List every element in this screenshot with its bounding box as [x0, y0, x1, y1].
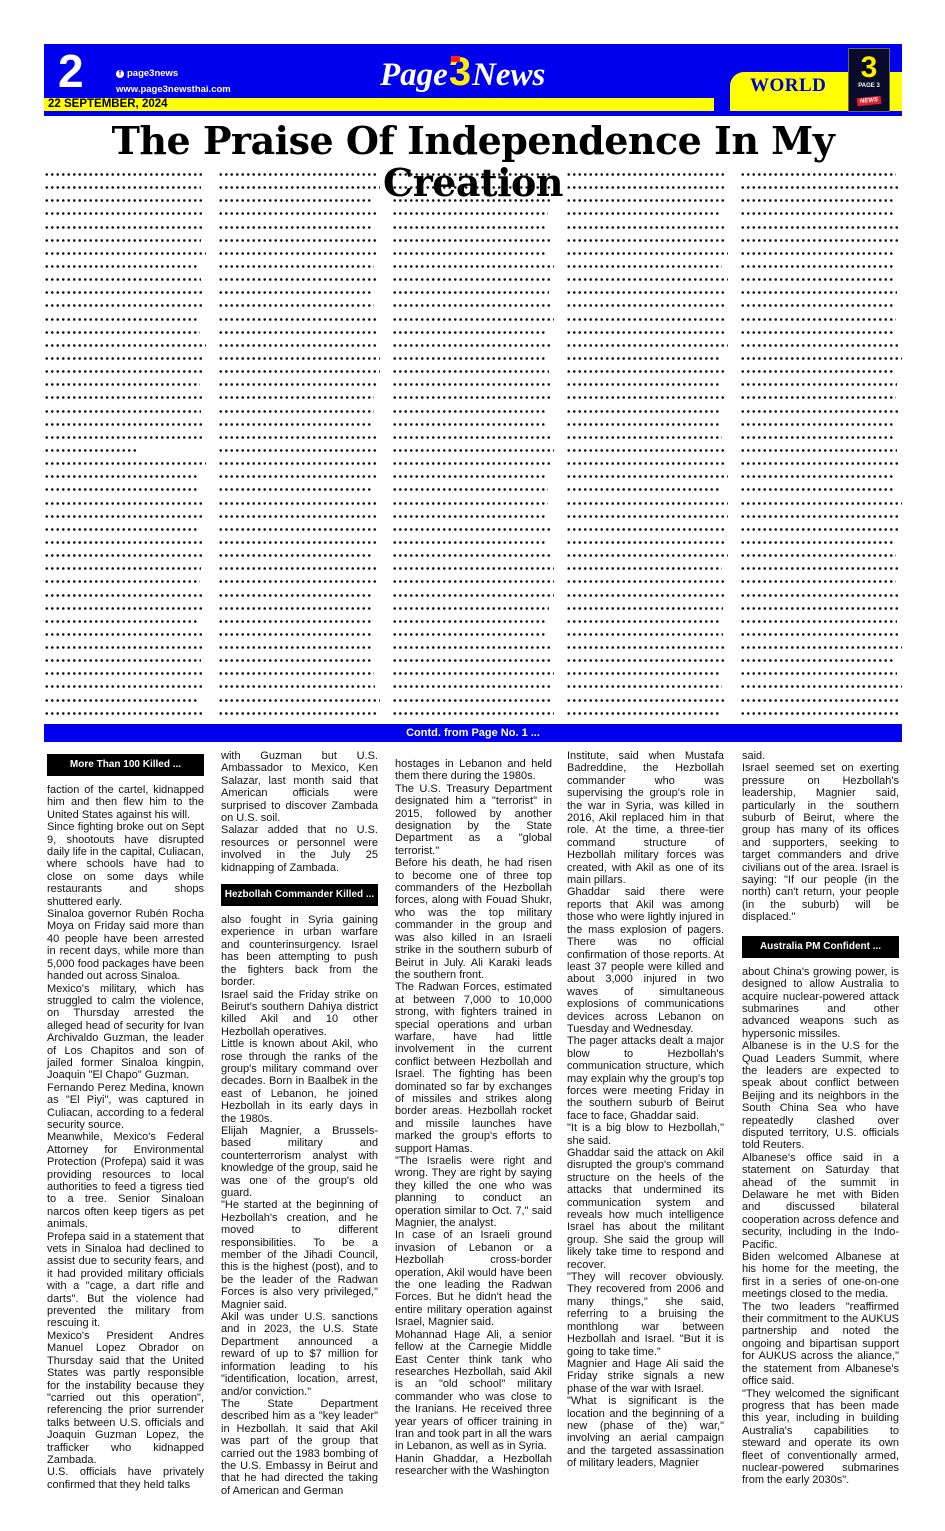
thai-text-line	[740, 483, 902, 496]
continued-articles: More Than 100 Killed ... faction of the …	[45, 750, 902, 1500]
thai-text-line	[44, 260, 206, 273]
paragraph: faction of the cartel, kidnapped him and…	[47, 784, 204, 821]
thai-text-line	[44, 628, 206, 641]
thai-text-line	[218, 444, 380, 457]
thai-text-line	[44, 575, 206, 588]
thai-text-line	[740, 536, 902, 549]
thai-text-line	[44, 378, 206, 391]
thai-text-line	[740, 378, 902, 391]
thai-text-line	[392, 628, 554, 641]
paragraph: Since fighting broke out on Sept 9, shoo…	[47, 821, 204, 908]
thai-text-line	[218, 313, 380, 326]
thai-text-line	[566, 549, 728, 562]
thai-text-line	[218, 628, 380, 641]
thai-text-line	[44, 694, 206, 707]
thai-text-line	[392, 418, 554, 431]
thai-text-line	[44, 313, 206, 326]
thai-text-line	[44, 680, 206, 693]
paragraph: Profepa said in a statement that vets in…	[47, 1231, 204, 1330]
article-column-4: Institute, said when Mustafa Badreddine,…	[567, 750, 724, 1470]
thai-text-line	[392, 510, 554, 523]
paragraph: about China's growing power, is designed…	[742, 966, 899, 1040]
thai-text-line	[392, 457, 554, 470]
paragraph: Albanese's office said in a statement on…	[742, 1152, 899, 1251]
thai-text-line	[218, 654, 380, 667]
thai-text-line	[740, 641, 902, 654]
thai-text-line	[392, 431, 554, 444]
thai-text-line	[566, 615, 728, 628]
thai-text-line	[566, 234, 728, 247]
paragraph: Elijah Magnier, a Brussels-based militar…	[221, 1125, 378, 1199]
thai-text-line	[44, 339, 206, 352]
paragraph: Biden welcomed Albanese at his home for …	[742, 1251, 899, 1301]
thai-text-line	[392, 536, 554, 549]
thai-text-line	[566, 273, 728, 286]
thai-text-line	[740, 181, 902, 194]
paragraph: Sinaloa governor Rubén Rocha Moya on Fri…	[47, 908, 204, 982]
thai-column	[44, 168, 206, 720]
thai-text-line	[218, 562, 380, 575]
thai-text-line	[740, 602, 902, 615]
thai-text-line	[392, 497, 554, 510]
thai-text-line	[218, 483, 380, 496]
thai-text-line	[740, 444, 902, 457]
thai-article-body	[44, 168, 902, 720]
contd-banner: Contd. from Page No. 1 ...	[44, 724, 902, 742]
thai-text-line	[740, 562, 902, 575]
thai-text-line	[740, 418, 902, 431]
facebook-icon: f	[116, 70, 124, 78]
thai-column	[392, 168, 554, 720]
masthead: 2 f page3news www.page3newsthai.com Page…	[44, 44, 902, 115]
thai-text-line	[218, 707, 380, 720]
thai-text-line	[218, 299, 380, 312]
thai-text-line	[566, 168, 728, 181]
paragraph: The two leaders "reaffirmed their commit…	[742, 1301, 899, 1388]
thai-text-line	[392, 615, 554, 628]
thai-text-line	[392, 339, 554, 352]
thai-text-line	[566, 207, 728, 220]
badge-news: NEWS	[857, 96, 882, 106]
paragraph: hostages in Lebanon and held them there …	[395, 758, 552, 783]
page-number: 2	[58, 48, 84, 94]
thai-text-line	[44, 536, 206, 549]
thai-text-line	[44, 181, 206, 194]
thai-text-line	[218, 260, 380, 273]
paragraph: Mexico's military, which has struggled t…	[47, 983, 204, 1082]
thai-text-line	[218, 694, 380, 707]
thai-text-line	[566, 667, 728, 680]
thai-text-line	[392, 365, 554, 378]
paragraph: The State Department described him as a …	[221, 1398, 378, 1497]
paragraph: Ghaddar said there were reports that Aki…	[567, 886, 724, 1035]
thai-text-line	[566, 523, 728, 536]
paragraph: Israel seemed set on exerting pressure o…	[742, 762, 899, 923]
thai-text-line	[740, 168, 902, 181]
thai-text-line	[44, 352, 206, 365]
paragraph: U.S. officials have privately confirmed …	[47, 1466, 204, 1491]
thai-text-line	[566, 418, 728, 431]
thai-text-line	[740, 615, 902, 628]
thai-text-line	[566, 299, 728, 312]
thai-text-line	[392, 483, 554, 496]
article-column-3: hostages in Lebanon and held them there …	[395, 750, 552, 1478]
thai-text-line	[392, 680, 554, 693]
thai-text-line	[392, 273, 554, 286]
thai-text-line	[740, 234, 902, 247]
article-body: also fought in Syria gaining experience …	[221, 914, 378, 1497]
thai-text-line	[566, 589, 728, 602]
logo-left: Page	[380, 59, 448, 92]
thai-column	[218, 168, 380, 720]
thai-text-line	[44, 562, 206, 575]
thai-text-line	[740, 589, 902, 602]
kicker-hezbollah: Hezbollah Commander Killed ...	[221, 884, 378, 906]
thai-text-line	[740, 510, 902, 523]
thai-text-line	[740, 286, 902, 299]
thai-text-line	[566, 247, 728, 260]
thai-text-line	[44, 602, 206, 615]
logo-right: News	[472, 59, 545, 92]
thai-text-line	[566, 378, 728, 391]
thai-text-line	[44, 247, 206, 260]
thai-text-line	[566, 339, 728, 352]
paragraph: said.	[742, 750, 899, 762]
thai-text-line	[740, 339, 902, 352]
thai-text-line	[218, 168, 380, 181]
thai-text-line	[740, 299, 902, 312]
article-column-5: said.Israel seemed set on exerting press…	[742, 750, 899, 1487]
thai-text-line	[566, 221, 728, 234]
thai-text-line	[566, 431, 728, 444]
thai-text-line	[392, 444, 554, 457]
paragraph: Little is known about Akil, who rose thr…	[221, 1038, 378, 1125]
thai-text-line	[392, 562, 554, 575]
thai-text-line	[44, 497, 206, 510]
thai-text-line	[566, 444, 728, 457]
thai-text-line	[218, 470, 380, 483]
thai-text-line	[740, 207, 902, 220]
thai-text-line	[218, 575, 380, 588]
masthead-rule	[44, 112, 902, 116]
thai-text-line	[566, 260, 728, 273]
thai-text-line	[44, 365, 206, 378]
thai-text-line	[218, 523, 380, 536]
thai-column	[566, 168, 728, 720]
paragraph: Ghaddar said the attack on Akil disrupte…	[567, 1147, 724, 1271]
thai-text-line	[218, 378, 380, 391]
paragraph: "They welcomed the significant progress …	[742, 1388, 899, 1487]
thai-text-line	[218, 536, 380, 549]
thai-text-line	[392, 234, 554, 247]
paragraph: with Guzman but U.S. Ambassador to Mexic…	[221, 750, 378, 824]
thai-text-line	[392, 694, 554, 707]
thai-text-line	[44, 483, 206, 496]
thai-text-line	[218, 352, 380, 365]
article-body: with Guzman but U.S. Ambassador to Mexic…	[221, 750, 378, 874]
thai-text-line	[740, 352, 902, 365]
thai-text-line	[392, 641, 554, 654]
paragraph: Israel said the Friday strike on Beirut'…	[221, 989, 378, 1039]
badge-text: PAGE 3	[849, 83, 889, 89]
kicker-australia: Australia PM Confident ...	[742, 936, 899, 958]
thai-text-line	[392, 181, 554, 194]
thai-text-line	[740, 260, 902, 273]
thai-text-line	[740, 247, 902, 260]
thai-text-line	[392, 194, 554, 207]
thai-text-line	[44, 405, 206, 418]
thai-text-line	[44, 589, 206, 602]
paragraph: Mexico's President Andres Manuel Lopez O…	[47, 1330, 204, 1466]
thai-text-line	[740, 273, 902, 286]
thai-text-line	[218, 365, 380, 378]
thai-text-line	[566, 628, 728, 641]
thai-text-line	[740, 313, 902, 326]
paragraph: "They will recover obviously. They recov…	[567, 1271, 724, 1358]
thai-text-line	[44, 444, 206, 457]
thai-text-line	[740, 365, 902, 378]
thai-text-line	[392, 286, 554, 299]
paragraph: Akil was under U.S. sanctions and in 202…	[221, 1311, 378, 1398]
website-link[interactable]: www.page3newsthai.com	[116, 85, 231, 95]
thai-text-line	[566, 707, 728, 720]
thai-text-line	[392, 391, 554, 404]
article-body: faction of the cartel, kidnapped him and…	[47, 784, 204, 1491]
thai-text-line	[44, 457, 206, 470]
paragraph: Fernando Perez Medina, known as "El Piyi…	[47, 1082, 204, 1132]
date-strip: 22 SEPTEMBER, 2024	[44, 98, 714, 111]
paragraph: Institute, said when Mustafa Badreddine,…	[567, 750, 724, 886]
thai-text-line	[392, 667, 554, 680]
thai-text-line	[218, 181, 380, 194]
social-handle[interactable]: f page3news	[116, 69, 178, 79]
page3-badge-icon: 3 PAGE 3 NEWS	[848, 48, 890, 112]
thai-text-line	[218, 234, 380, 247]
section-label: WORLD	[750, 76, 826, 95]
thai-text-line	[218, 339, 380, 352]
thai-text-line	[44, 234, 206, 247]
thai-text-line	[44, 286, 206, 299]
thai-text-line	[218, 273, 380, 286]
thai-text-line	[218, 457, 380, 470]
thai-text-line	[566, 483, 728, 496]
thai-text-line	[218, 286, 380, 299]
thai-text-line	[44, 168, 206, 181]
thai-text-line	[740, 470, 902, 483]
article-column-2: with Guzman but U.S. Ambassador to Mexic…	[221, 750, 378, 1497]
thai-text-line	[44, 194, 206, 207]
thai-text-line	[740, 680, 902, 693]
paragraph: "He started at the beginning of Hezbolla…	[221, 1199, 378, 1311]
paragraph: "The Israelis were right and wrong. They…	[395, 1155, 552, 1229]
thai-text-line	[218, 497, 380, 510]
thai-text-line	[392, 313, 554, 326]
thai-column	[740, 168, 902, 720]
thai-text-line	[392, 523, 554, 536]
thai-text-line	[740, 221, 902, 234]
thai-text-line	[392, 707, 554, 720]
page3news-logo: Page 3 News	[380, 52, 545, 92]
thai-text-line	[566, 391, 728, 404]
paragraph: Albanese is in the U.S for the Quad Lead…	[742, 1040, 899, 1152]
thai-text-line	[44, 654, 206, 667]
thai-text-line	[566, 194, 728, 207]
thai-text-line	[392, 326, 554, 339]
thai-text-line	[566, 365, 728, 378]
thai-text-line	[392, 352, 554, 365]
article-body: hostages in Lebanon and held them there …	[395, 758, 552, 1478]
thai-text-line	[218, 602, 380, 615]
thai-text-line	[44, 207, 206, 220]
thai-text-line	[44, 707, 206, 720]
kicker-mexico: More Than 100 Killed ...	[47, 754, 204, 776]
thai-text-line	[392, 470, 554, 483]
thai-text-line	[218, 510, 380, 523]
thai-text-line	[566, 326, 728, 339]
thai-text-line	[740, 667, 902, 680]
thai-text-line	[740, 707, 902, 720]
thai-text-line	[392, 168, 554, 181]
thai-text-line	[740, 457, 902, 470]
thai-text-line	[218, 326, 380, 339]
paragraph: The Radwan Forces, estimated at between …	[395, 981, 552, 1155]
article-column-1: More Than 100 Killed ... faction of the …	[47, 750, 204, 1491]
thai-text-line	[392, 602, 554, 615]
paragraph: Magnier and Hage Ali said the Friday str…	[567, 1358, 724, 1395]
thai-text-line	[740, 497, 902, 510]
thai-text-line	[44, 667, 206, 680]
thai-text-line	[392, 575, 554, 588]
thai-text-line	[218, 615, 380, 628]
thai-text-line	[218, 667, 380, 680]
thai-text-line	[218, 431, 380, 444]
thai-text-line	[44, 326, 206, 339]
thai-text-line	[740, 654, 902, 667]
thai-text-line	[218, 418, 380, 431]
thai-text-line	[740, 405, 902, 418]
thai-text-line	[740, 431, 902, 444]
thai-text-line	[566, 641, 728, 654]
paragraph: Mohannad Hage Ali, a senior fellow at th…	[395, 1329, 552, 1453]
thai-text-line	[218, 391, 380, 404]
thai-text-line	[740, 194, 902, 207]
paragraph: Meanwhile, Mexico's Federal Attorney for…	[47, 1131, 204, 1230]
thai-text-line	[44, 431, 206, 444]
thai-text-line	[218, 221, 380, 234]
thai-text-line	[44, 418, 206, 431]
thai-text-line	[740, 694, 902, 707]
thai-text-line	[566, 510, 728, 523]
thai-text-line	[566, 562, 728, 575]
thai-text-line	[740, 628, 902, 641]
thai-text-line	[392, 405, 554, 418]
thai-text-line	[392, 549, 554, 562]
article-body: about China's growing power, is designed…	[742, 966, 899, 1487]
thai-text-line	[566, 694, 728, 707]
thai-text-line	[218, 247, 380, 260]
thai-text-line	[44, 549, 206, 562]
thai-text-line	[566, 457, 728, 470]
thai-text-line	[44, 510, 206, 523]
thai-text-line	[740, 549, 902, 562]
thai-text-line	[44, 391, 206, 404]
thai-text-line	[566, 536, 728, 549]
paragraph: In case of an Israeli ground invasion of…	[395, 1229, 552, 1328]
thai-text-line	[392, 260, 554, 273]
thai-text-line	[392, 221, 554, 234]
thai-text-line	[218, 549, 380, 562]
thai-text-line	[566, 602, 728, 615]
paragraph: Before his death, he had risen to become…	[395, 857, 552, 981]
thai-text-line	[566, 352, 728, 365]
paragraph: Salazar added that no U.S. resources or …	[221, 824, 378, 874]
thai-text-line	[566, 680, 728, 693]
paragraph: The pager attacks dealt a major blow to …	[567, 1035, 724, 1122]
article-body: said.Israel seemed set on exerting press…	[742, 750, 899, 924]
thai-text-line	[392, 589, 554, 602]
thai-text-line	[566, 405, 728, 418]
thai-text-line	[566, 575, 728, 588]
thai-text-line	[740, 575, 902, 588]
article-body: Institute, said when Mustafa Badreddine,…	[567, 750, 724, 1470]
thai-text-line	[740, 326, 902, 339]
thai-text-line	[566, 497, 728, 510]
paragraph: Hanin Ghaddar, a Hezbollah researcher wi…	[395, 1453, 552, 1478]
thai-text-line	[218, 680, 380, 693]
thai-text-line	[44, 299, 206, 312]
thai-text-line	[392, 654, 554, 667]
paragraph: "What is significant is the location and…	[567, 1395, 724, 1469]
badge-number: 3	[849, 53, 889, 83]
thai-text-line	[566, 654, 728, 667]
thai-text-line	[566, 181, 728, 194]
thai-text-line	[740, 523, 902, 536]
thai-text-line	[44, 273, 206, 286]
thai-text-line	[392, 378, 554, 391]
thai-text-line	[218, 405, 380, 418]
thai-text-line	[566, 286, 728, 299]
logo-three: 3	[449, 52, 471, 92]
thai-text-line	[566, 470, 728, 483]
paragraph: also fought in Syria gaining experience …	[221, 914, 378, 988]
thai-text-line	[218, 589, 380, 602]
social-handle-text: page3news	[127, 69, 178, 79]
thai-text-line	[218, 207, 380, 220]
issue-date: 22 SEPTEMBER, 2024	[48, 99, 168, 111]
thai-text-line	[44, 615, 206, 628]
thai-text-line	[44, 221, 206, 234]
thai-text-line	[392, 299, 554, 312]
thai-text-line	[44, 641, 206, 654]
paragraph: The U.S. Treasury Department designated …	[395, 783, 552, 857]
paragraph: "It is a big blow to Hezbollah," she sai…	[567, 1122, 724, 1147]
thai-text-line	[218, 194, 380, 207]
thai-text-line	[392, 247, 554, 260]
thai-text-line	[44, 470, 206, 483]
thai-text-line	[740, 391, 902, 404]
thai-text-line	[218, 641, 380, 654]
thai-text-line	[392, 207, 554, 220]
thai-text-line	[44, 523, 206, 536]
thai-text-line	[566, 313, 728, 326]
